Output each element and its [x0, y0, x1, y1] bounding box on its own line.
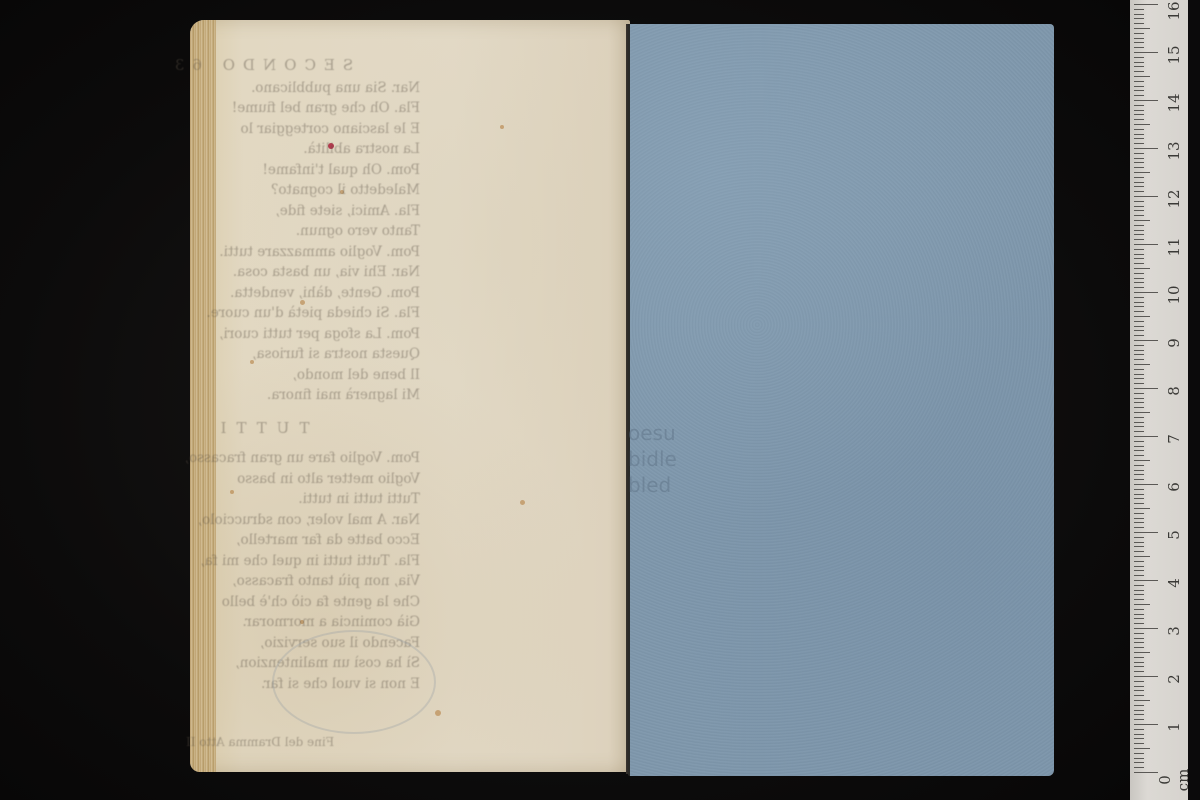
- ruler-label: 4: [1165, 569, 1183, 597]
- ruler-tick: [1134, 177, 1144, 178]
- ruler-tick: [1134, 753, 1144, 754]
- chorus-line: Fla. Tutti tutti in quel che mi fa,: [100, 551, 420, 572]
- ruler-tick: [1134, 412, 1150, 413]
- ruler-tick: [1134, 62, 1144, 63]
- ruler-label: 12: [1165, 185, 1183, 213]
- ruler-shadow: [1188, 0, 1200, 800]
- ruler-tick: [1134, 383, 1144, 384]
- ruler-tick: [1134, 417, 1144, 418]
- ruler-tick: [1134, 354, 1144, 355]
- ruler-tick: [1134, 335, 1144, 336]
- ruler-tick: [1134, 436, 1158, 437]
- text-line: Nar. Ehi via, un basta cosa.: [100, 262, 420, 283]
- ruler-tick: [1134, 666, 1144, 667]
- ruler-label: 10: [1165, 281, 1183, 309]
- ruler-tick: [1134, 153, 1144, 154]
- ruler-tick: [1134, 734, 1144, 735]
- ruler-tick: [1134, 364, 1150, 365]
- ruler-tick: [1134, 143, 1144, 144]
- ruler-tick: [1134, 359, 1144, 360]
- ruler-tick: [1134, 465, 1144, 466]
- ruler-tick: [1134, 642, 1144, 643]
- ruler-tick: [1134, 215, 1144, 216]
- ruler-tick: [1134, 628, 1158, 629]
- text-line: Fla. Amici, siete fide,: [100, 201, 420, 222]
- ruler-tick: [1134, 671, 1144, 672]
- ruler-tick: [1134, 738, 1144, 739]
- ruler-tick: [1134, 489, 1144, 490]
- text-line: Maledetto il cognato?: [100, 180, 420, 201]
- ruler-label: 7: [1165, 425, 1183, 453]
- ruler-label: 0 cm: [1156, 766, 1192, 794]
- ruler-tick: [1134, 441, 1144, 442]
- ruler-tick: [1134, 599, 1144, 600]
- ruler-tick: [1134, 551, 1144, 552]
- ruler-tick: [1134, 388, 1158, 389]
- ruler-tick: [1134, 714, 1144, 715]
- ruler-tick: [1134, 18, 1144, 19]
- text-line: Nar. Sia una pubblicano.: [100, 78, 420, 99]
- ruler-label: 5: [1165, 521, 1183, 549]
- ruler-tick: [1134, 278, 1144, 279]
- ghost-text: oesu bidle bled: [628, 420, 728, 498]
- ruler-label: 14: [1165, 89, 1183, 117]
- ruler-tick: [1134, 657, 1144, 658]
- text-line: Mi lagnerà mai finora.: [100, 385, 420, 406]
- ruler-tick: [1134, 743, 1144, 744]
- ruler-tick: [1134, 239, 1144, 240]
- page-number: 63: [167, 56, 202, 74]
- ghost-fragment: oesu: [628, 420, 728, 446]
- text-line: Tanto vero ognun.: [100, 221, 420, 242]
- ruler-tick: [1134, 321, 1144, 322]
- ruler-tick: [1134, 623, 1144, 624]
- ruler-tick: [1134, 254, 1144, 255]
- ruler-tick: [1134, 90, 1144, 91]
- ruler-tick: [1134, 326, 1144, 327]
- text-line: E le lasciano corteggiar lo: [100, 119, 420, 140]
- ruler-tick: [1134, 330, 1144, 331]
- ruler-tick: [1134, 426, 1144, 427]
- text-line: Il bene del mondo,: [100, 365, 420, 386]
- ruler-tick: [1134, 105, 1144, 106]
- chorus-line: Nar. A mal voler, con sdrucciolo,: [100, 510, 420, 531]
- ruler-tick: [1134, 662, 1144, 663]
- chorus-line: Tutti tutti in tutti.: [100, 489, 420, 510]
- foxing-spot: [500, 125, 504, 129]
- ruler-tick: [1134, 681, 1144, 682]
- text-line: Pom. Voglio ammazzare tutti.: [100, 242, 420, 263]
- ruler-tick: [1134, 546, 1144, 547]
- text-line: Fla. Oh che gran bel fiume!: [100, 98, 420, 119]
- ruler-tick: [1134, 38, 1144, 39]
- ruler-tick: [1134, 292, 1158, 293]
- ruler-tick: [1134, 282, 1144, 283]
- ruler-tick: [1134, 710, 1144, 711]
- ruler-tick: [1134, 148, 1158, 149]
- ruler-tick: [1134, 633, 1144, 634]
- ruler-tick: [1134, 503, 1144, 504]
- text-line: La nostra abilità.: [100, 139, 420, 160]
- ruler-tick: [1134, 590, 1144, 591]
- ruler-tick: [1134, 474, 1144, 475]
- ruler-tick: [1134, 690, 1144, 691]
- running-head: SECONDO 63: [100, 55, 420, 76]
- ruler-tick: [1134, 724, 1158, 725]
- ruler-tick: [1134, 402, 1144, 403]
- ruler-tick: [1134, 527, 1144, 528]
- ruler-tick: [1134, 23, 1144, 24]
- foxing-spot: [520, 500, 525, 505]
- ruler-label: 9: [1165, 329, 1183, 357]
- ruler-tick: [1134, 52, 1158, 53]
- ruler-tick: [1134, 575, 1144, 576]
- ruler-tick: [1134, 719, 1144, 720]
- ruler-tick: [1134, 57, 1144, 58]
- text-line: Questa nostra si furiosa,: [100, 344, 420, 365]
- ruler-tick: [1134, 249, 1144, 250]
- ruler-tick: [1134, 9, 1144, 10]
- ruler-tick: [1134, 71, 1144, 72]
- ruler-tick: [1134, 263, 1144, 264]
- text-line: Pom. Oh qual t'infame!: [100, 160, 420, 181]
- ruler-tick: [1134, 676, 1158, 677]
- ruler-tick: [1134, 729, 1144, 730]
- ruler-tick: [1134, 129, 1144, 130]
- ruler-tick: [1134, 345, 1144, 346]
- ruler-label: 13: [1165, 137, 1183, 165]
- text-line: Fla. Si chieda pietà d'un cuore.: [100, 303, 420, 324]
- chorus-line: Che la gente fa ciò ch'è bello: [100, 592, 420, 613]
- ruler-tick: [1134, 748, 1150, 749]
- ruler-tick: [1134, 378, 1144, 379]
- text-line: Pom. La sfoga per tutti cuori,: [100, 324, 420, 345]
- chorus-line: Via, non più tanto fracasso,: [100, 571, 420, 592]
- blue-cover-page: [628, 24, 1054, 776]
- ruler-tick: [1134, 762, 1144, 763]
- footer-line: Fine del Dramma Atto II: [100, 732, 420, 753]
- ruler-tick: [1134, 422, 1144, 423]
- ruler-tick: [1134, 66, 1144, 67]
- ruler-tick: [1134, 124, 1150, 125]
- ruler-tick: [1134, 182, 1144, 183]
- ghost-fragment: bled: [628, 472, 728, 498]
- ruler-tick: [1134, 258, 1144, 259]
- ruler-tick: [1134, 86, 1144, 87]
- section-heading: TUTTI: [100, 418, 420, 439]
- ruler-tick: [1134, 33, 1144, 34]
- ruler-tick: [1134, 42, 1144, 43]
- ruler-tick: [1134, 287, 1144, 288]
- ruler-tick: [1134, 81, 1144, 82]
- running-head-text: SECONDO: [215, 56, 353, 74]
- ruler-label: 2: [1165, 665, 1183, 693]
- ruler-tick: [1134, 470, 1144, 471]
- ruler-tick: [1134, 297, 1144, 298]
- ruler-tick: [1134, 172, 1150, 173]
- ruler-tick: [1134, 618, 1144, 619]
- ruler-tick: [1134, 508, 1150, 509]
- ruler-tick: [1134, 47, 1144, 48]
- ruler-tick: [1134, 110, 1144, 111]
- ruler-tick: [1134, 498, 1144, 499]
- ruler-tick: [1134, 273, 1144, 274]
- ruler-tick: [1134, 28, 1150, 29]
- ruler-tick: [1134, 561, 1144, 562]
- ruler-tick: [1134, 700, 1150, 701]
- ruler-tick: [1134, 206, 1144, 207]
- ruler-label: 16: [1165, 0, 1183, 25]
- ruler-tick: [1134, 580, 1158, 581]
- ruler-tick: [1134, 705, 1144, 706]
- ruler-tick: [1134, 522, 1144, 523]
- ruler-tick: [1134, 374, 1144, 375]
- ruler-tick: [1134, 585, 1144, 586]
- ruler-tick: [1134, 407, 1144, 408]
- ruler-tick: [1134, 76, 1150, 77]
- chorus-line: Già comincia a mormorar.: [100, 612, 420, 633]
- ruler-tick: [1134, 570, 1144, 571]
- ruler-tick: [1134, 393, 1144, 394]
- ruler-tick: [1134, 686, 1144, 687]
- ruler-tick: [1134, 772, 1158, 773]
- ruler-tick: [1134, 532, 1158, 533]
- ruler-tick: [1134, 431, 1144, 432]
- ruler-tick: [1134, 268, 1150, 269]
- ruler-tick: [1134, 537, 1144, 538]
- ruler-tick: [1134, 614, 1144, 615]
- ruler-tick: [1134, 450, 1144, 451]
- ruler-tick: [1134, 196, 1158, 197]
- ruler-tick: [1134, 114, 1144, 115]
- ruler-tick: [1134, 479, 1144, 480]
- ruler-tick: [1134, 638, 1144, 639]
- ruler-tick: [1134, 186, 1144, 187]
- chorus-line: Pom. Voglio fare un gran fracasso,: [100, 448, 420, 469]
- ruler-tick: [1134, 604, 1150, 605]
- ruler-label: 15: [1165, 41, 1183, 69]
- ruler-tick: [1134, 340, 1158, 341]
- ruler-tick: [1134, 210, 1144, 211]
- ruler-tick: [1134, 14, 1144, 15]
- ruler-tick: [1134, 455, 1144, 456]
- ruler-label: 3: [1165, 617, 1183, 645]
- ruler-tick: [1134, 494, 1144, 495]
- ruler-tick: [1134, 302, 1144, 303]
- ruler-tick: [1134, 518, 1144, 519]
- ruler-tick: [1134, 542, 1144, 543]
- ruler-tick: [1134, 398, 1144, 399]
- ruler-tick: [1134, 311, 1144, 312]
- ruler-tick: [1134, 134, 1144, 135]
- ghost-fragment: bidle: [628, 446, 728, 472]
- chorus-line: Ecco batte da far martello,: [100, 530, 420, 551]
- ruler-tick: [1134, 230, 1144, 231]
- ruler-tick: [1134, 100, 1158, 101]
- ruler-tick: [1134, 566, 1144, 567]
- ruler-label: 1: [1165, 713, 1183, 741]
- ruler-tick: [1134, 767, 1144, 768]
- ruler-tick: [1134, 244, 1158, 245]
- ruler-tick: [1134, 758, 1144, 759]
- ruler-tick: [1134, 652, 1150, 653]
- ruler-tick: [1134, 225, 1144, 226]
- ruler-tick: [1134, 609, 1144, 610]
- ruler-tick: [1134, 234, 1144, 235]
- ruler-tick: [1134, 220, 1150, 221]
- ruler-tick: [1134, 201, 1144, 202]
- ruler-tick: [1134, 369, 1144, 370]
- ruler-tick: [1134, 460, 1150, 461]
- ruler-tick: [1134, 167, 1144, 168]
- ruler-tick: [1134, 306, 1144, 307]
- ruler-tick: [1134, 446, 1144, 447]
- ruler-label: 8: [1165, 377, 1183, 405]
- chorus-line: Voglio metter alto in basso: [100, 469, 420, 490]
- ruler-tick: [1134, 191, 1144, 192]
- ruler-tick: [1134, 162, 1144, 163]
- ruler-tick: [1134, 158, 1144, 159]
- library-stamp: [272, 630, 436, 734]
- ruler-tick: [1134, 484, 1158, 485]
- ruler-tick: [1134, 647, 1144, 648]
- ruler-tick: [1134, 513, 1144, 514]
- ruler-tick: [1134, 556, 1150, 557]
- ruler-tick: [1134, 119, 1144, 120]
- ruler-tick: [1134, 4, 1158, 5]
- ruler-tick: [1134, 695, 1144, 696]
- ruler-tick: [1134, 594, 1144, 595]
- ruler-tick: [1134, 350, 1144, 351]
- ruler-tick: [1134, 316, 1150, 317]
- foxing-spot: [435, 710, 441, 716]
- ruler-label: 11: [1165, 233, 1183, 261]
- ruler-tick: [1134, 95, 1144, 96]
- ruler-tick: [1134, 138, 1144, 139]
- ruler-label: 6: [1165, 473, 1183, 501]
- text-line: Pom. Gente, dàhi, vendetta.: [100, 283, 420, 304]
